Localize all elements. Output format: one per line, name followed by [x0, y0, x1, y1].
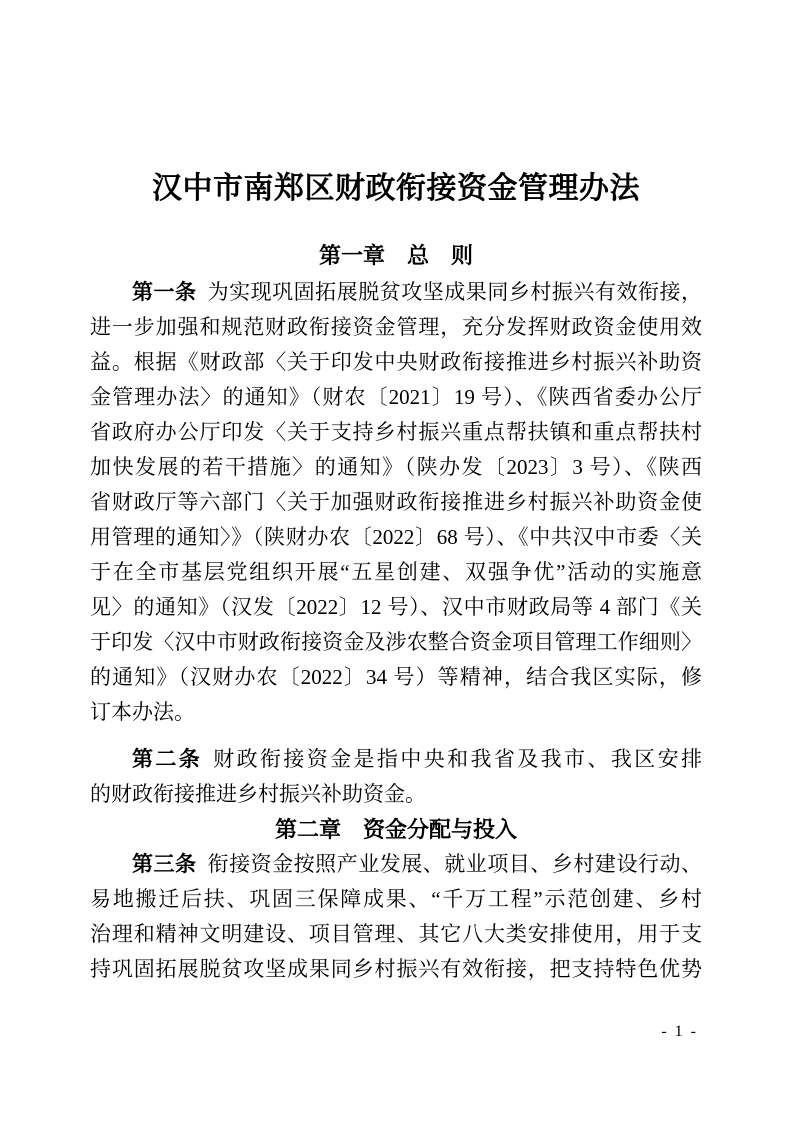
paragraph-line: 第三条衔接资金按照产业发展、就业项目、乡村建设行动、 — [90, 847, 702, 882]
document-content: 汉中市南郑区财政衔接资金管理办法 第一章 总 则 第一条为实现巩固拓展脱贫攻坚成… — [90, 0, 702, 1121]
paragraph-line: 进一步加强和规范财政衔接资金管理，充分发挥财政资金使用效 — [90, 310, 702, 345]
paragraph-line: 益。根据《财政部〈关于印发中央财政衔接推进乡村振兴补助资 — [90, 345, 702, 380]
article-one-paragraph: 第一条为实现巩固拓展脱贫攻坚成果同乡村振兴有效衔接， 进一步加强和规范财政衔接资… — [90, 275, 702, 730]
paragraph-line: 加快发展的若干措施〉的通知》（陕办发〔2023〕3 号）、《陕西 — [90, 450, 702, 485]
paragraph-line: 治理和精神文明建设、项目管理、其它八大类安排使用，用于支 — [90, 917, 702, 952]
document-title: 汉中市南郑区财政衔接资金管理办法 — [90, 163, 702, 207]
paragraph-text: 为实现巩固拓展脱贫攻坚成果同乡村振兴有效衔接， — [208, 280, 702, 304]
document-page: 汉中市南郑区财政衔接资金管理办法 第一章 总 则 第一条为实现巩固拓展脱贫攻坚成… — [0, 0, 792, 1121]
article-three-label: 第三条 — [132, 852, 197, 876]
chapter-one-heading: 第一章 总 则 — [90, 238, 702, 273]
paragraph-line: 易地搬迁后扶、巩固三保障成果、“千万工程”示范创建、乡村 — [90, 882, 702, 917]
article-three-paragraph: 第三条衔接资金按照产业发展、就业项目、乡村建设行动、 易地搬迁后扶、巩固三保障成… — [90, 847, 702, 987]
paragraph-line: 金管理办法〉的通知》（财农〔2021〕19 号）、《陕西省委办公厅 — [90, 380, 702, 415]
paragraph-line: 于在全市基层党组织开展“五星创建、双强争优”活动的实施意 — [90, 555, 702, 590]
article-one-label: 第一条 — [132, 280, 197, 304]
paragraph-line: 的财政衔接推进乡村振兴补助资金。 — [90, 777, 702, 812]
paragraph-line: 省财政厅等六部门〈关于加强财政衔接推进乡村振兴补助资金使 — [90, 485, 702, 520]
paragraph-line: 第二条财政衔接资金是指中央和我省及我市、我区安排 — [90, 742, 702, 777]
paragraph-line: 省政府办公厅印发〈关于支持乡村振兴重点帮扶镇和重点帮扶村 — [90, 415, 702, 450]
article-two-label: 第二条 — [132, 747, 202, 771]
paragraph-line: 的通知》（汉财办农〔2022〕34 号）等精神，结合我区实际，修 — [90, 660, 702, 695]
paragraph-line: 见〉的通知》（汉发〔2022〕12 号）、汉中市财政局等 4 部门《关 — [90, 590, 702, 625]
page-number: - 1 - — [90, 1020, 702, 1044]
article-two-paragraph: 第二条财政衔接资金是指中央和我省及我市、我区安排 的财政衔接推进乡村振兴补助资金… — [90, 742, 702, 812]
paragraph-text: 衔接资金按照产业发展、就业项目、乡村建设行动、 — [208, 852, 702, 876]
paragraph-line: 于印发〈汉中市财政衔接资金及涉农整合资金项目管理工作细则〉 — [90, 625, 702, 660]
paragraph-line: 持巩固拓展脱贫攻坚成果同乡村振兴有效衔接，把支持特色优势 — [90, 952, 702, 987]
paragraph-text: 财政衔接资金是指中央和我省及我市、我区安排 — [213, 747, 702, 771]
paragraph-line: 第一条为实现巩固拓展脱贫攻坚成果同乡村振兴有效衔接， — [90, 275, 702, 310]
paragraph-line: 用管理的通知〉》（陕财办农〔2022〕68 号）、《中共汉中市委〈关 — [90, 520, 702, 555]
paragraph-line: 订本办法。 — [90, 695, 702, 730]
chapter-two-heading: 第二章 资金分配与投入 — [90, 812, 702, 847]
